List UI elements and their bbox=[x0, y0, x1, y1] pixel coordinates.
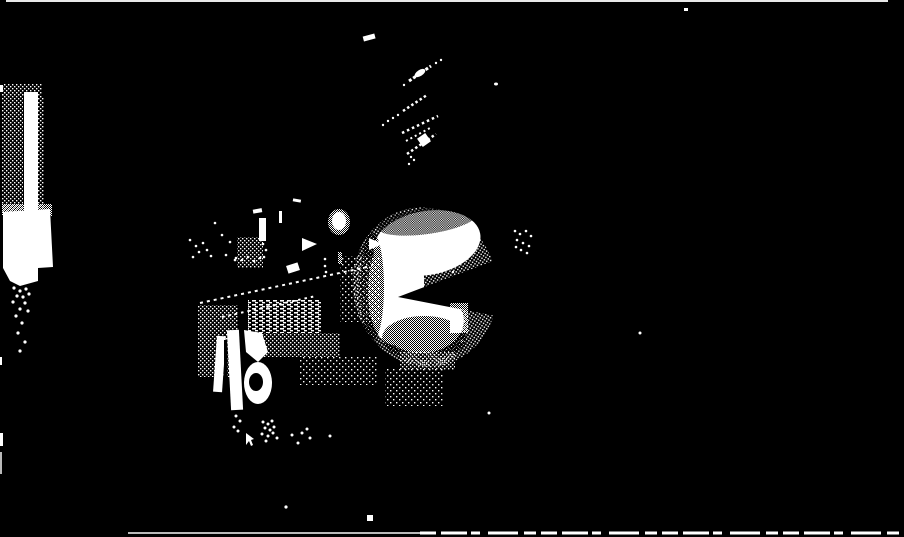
ear-dither bbox=[514, 230, 533, 255]
speck-top-right bbox=[684, 8, 688, 11]
finger-shadow bbox=[224, 340, 227, 398]
dash-b bbox=[293, 198, 301, 202]
streak-2-trail bbox=[382, 114, 399, 126]
speck-right-3 bbox=[488, 412, 491, 415]
face-cheek-dither bbox=[450, 303, 468, 333]
finger-2 bbox=[227, 330, 243, 411]
dithered-photo bbox=[0, 0, 904, 537]
edge-gray-strip bbox=[0, 452, 2, 474]
photo-frame bbox=[0, 0, 904, 537]
hand-trail bbox=[233, 415, 242, 433]
streak-4-trail bbox=[408, 156, 415, 165]
vert-dash bbox=[279, 211, 282, 223]
face-chin-trail bbox=[400, 352, 455, 370]
blob-dash-a bbox=[253, 208, 263, 214]
right-dither-column bbox=[340, 256, 380, 322]
streak-3a bbox=[402, 116, 438, 133]
dot-low bbox=[284, 505, 287, 508]
square-low bbox=[367, 515, 373, 521]
window-blob-trail bbox=[11, 286, 30, 352]
edge-tick-low bbox=[0, 433, 3, 446]
speck-upper-mid bbox=[494, 83, 498, 86]
frame-top-line bbox=[6, 0, 888, 2]
body-texture bbox=[248, 300, 322, 333]
window-solid-strip bbox=[24, 92, 38, 214]
body-texture-sparse bbox=[300, 357, 378, 385]
ring-hole bbox=[249, 373, 263, 391]
window-strip-edge bbox=[38, 96, 44, 208]
window-blob bbox=[3, 209, 53, 286]
window-dither-column bbox=[2, 92, 23, 212]
frame-bottom-line-left bbox=[128, 532, 420, 534]
bottom-dots bbox=[261, 420, 332, 445]
arrow-1 bbox=[302, 238, 317, 251]
below-face-sparse bbox=[385, 368, 443, 406]
speck-right-1 bbox=[639, 332, 642, 335]
neck-bright-dash bbox=[286, 262, 300, 273]
top-dash bbox=[363, 34, 376, 42]
edge-tick-mid bbox=[0, 357, 2, 365]
cluster-left bbox=[237, 237, 263, 268]
cursor-mark bbox=[246, 433, 254, 446]
blob-b bbox=[332, 212, 346, 230]
dash-pair bbox=[338, 252, 342, 264]
streak-2 bbox=[403, 95, 427, 111]
